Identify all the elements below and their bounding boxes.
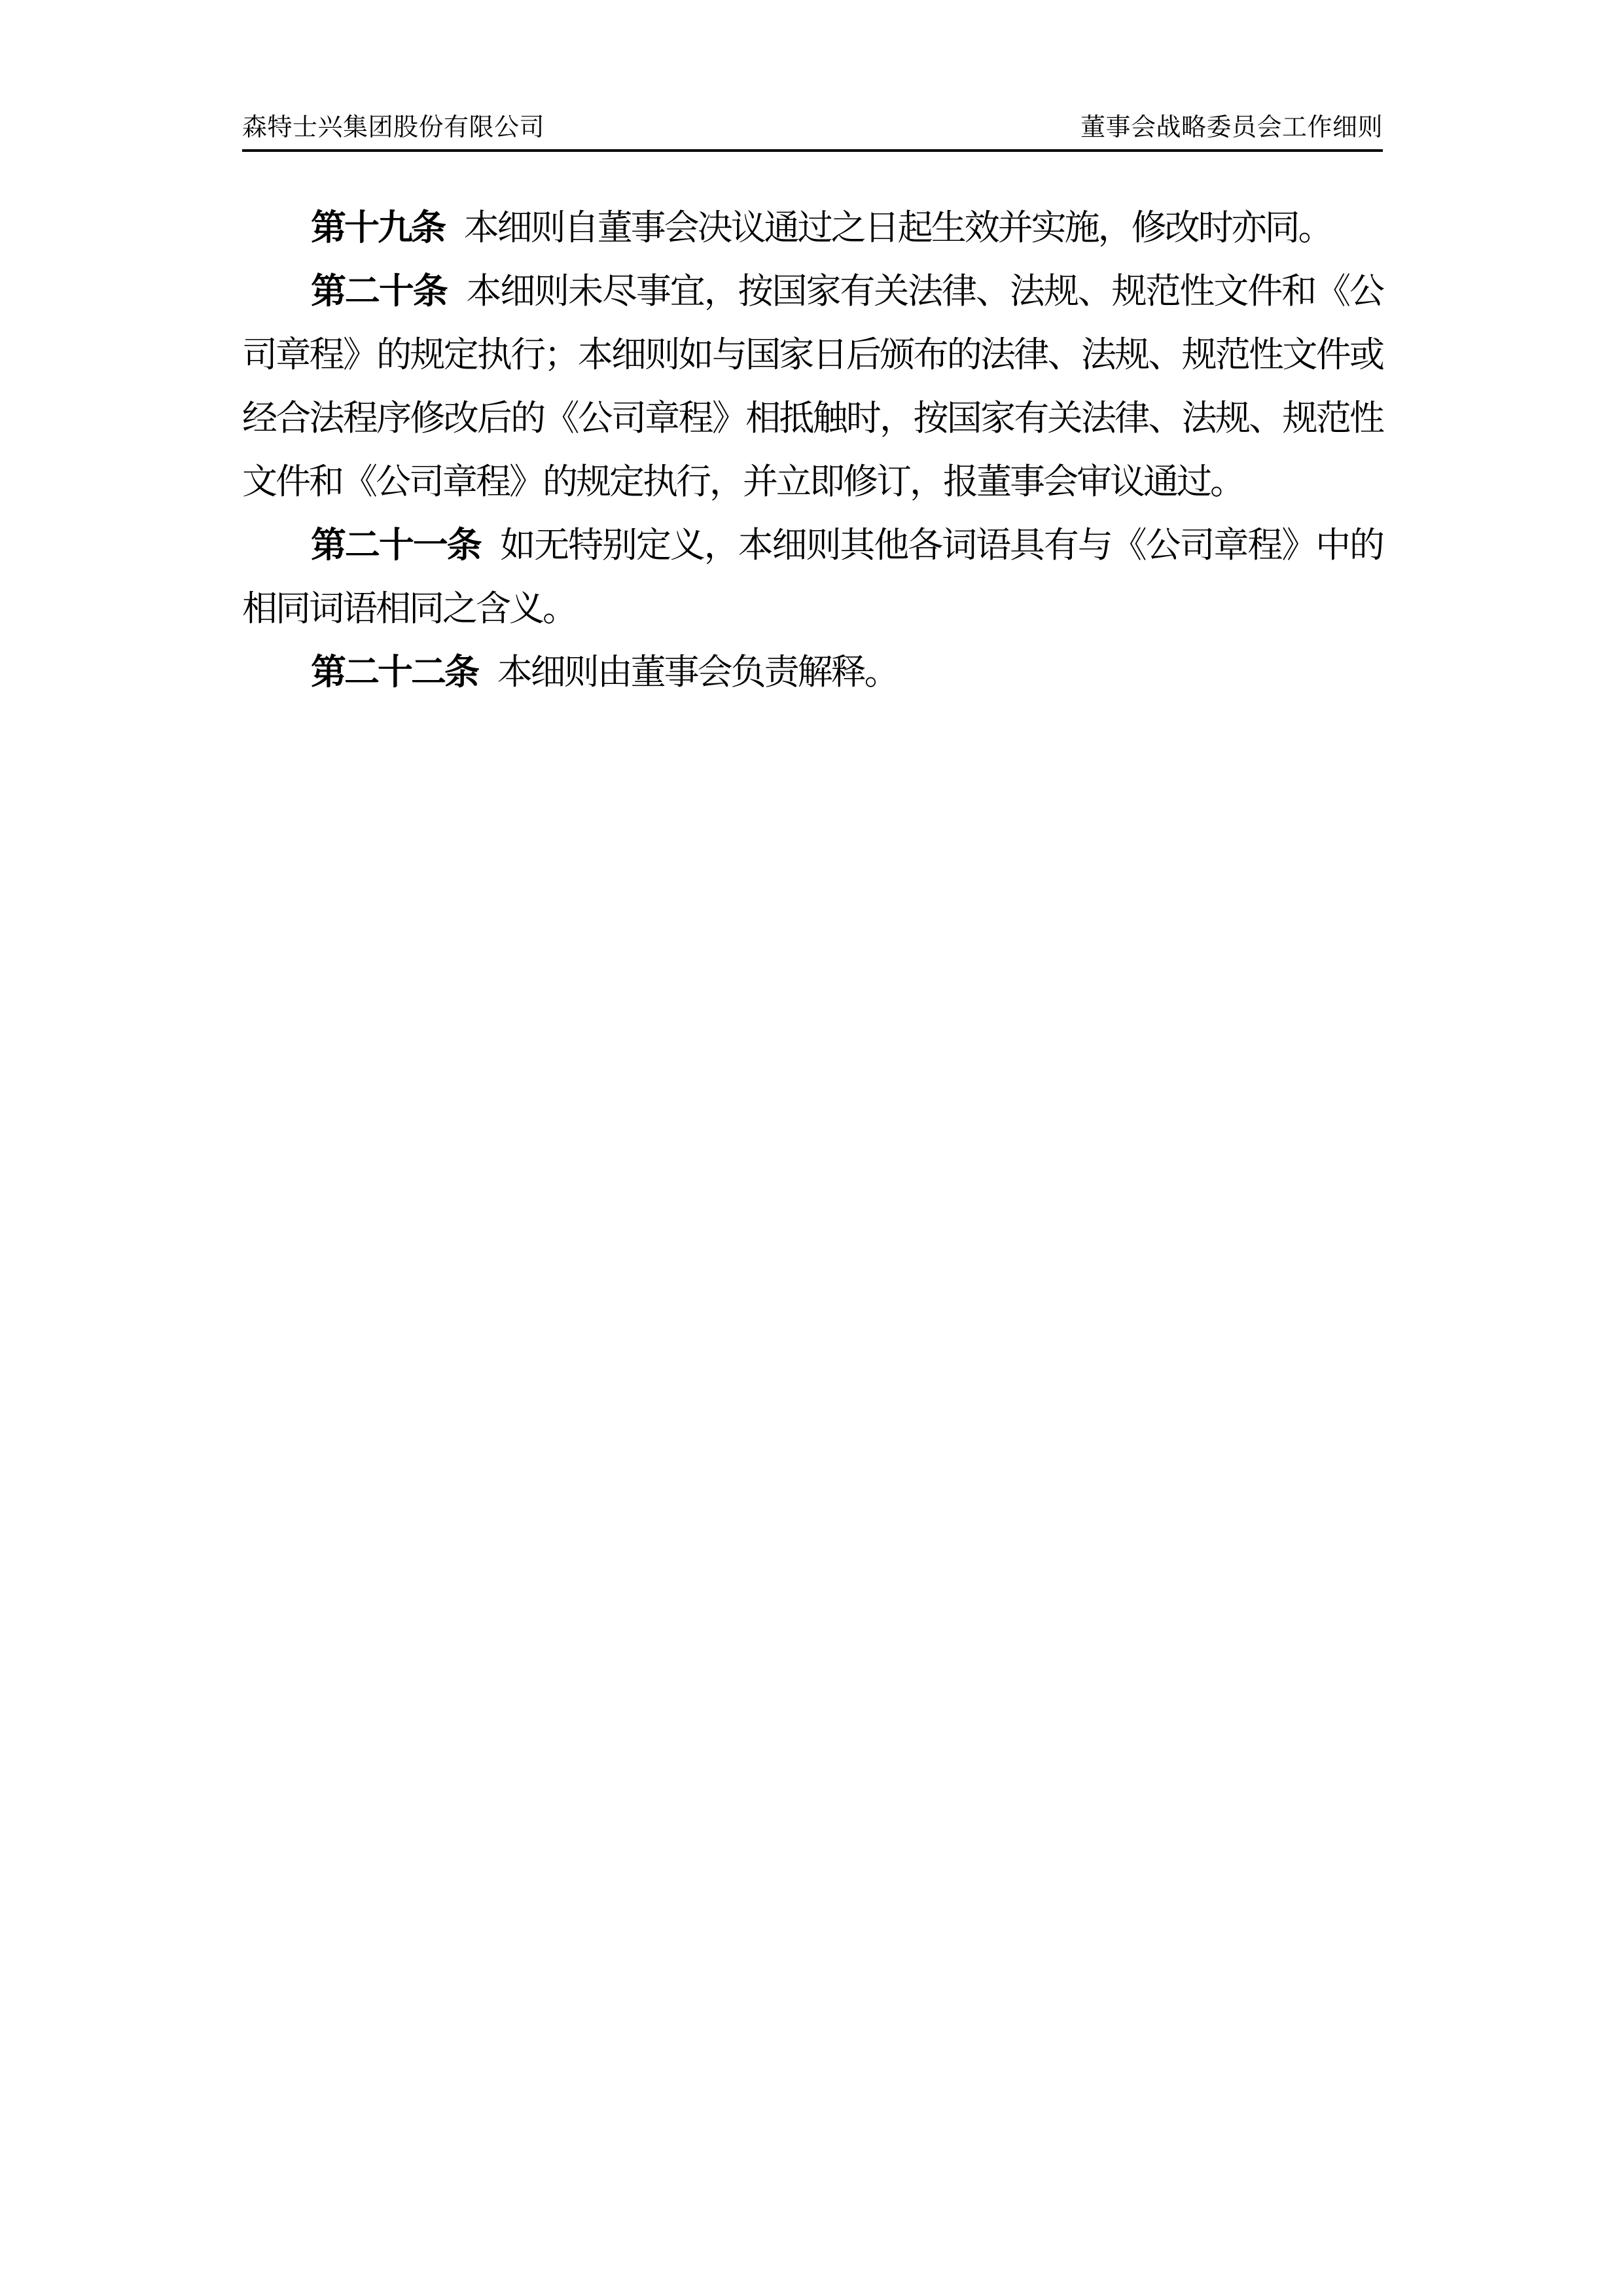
document-body: 第十九条本细则自董事会决议通过之日起生效并实施，修改时亦同。 第二十条本细则未尽… bbox=[242, 196, 1383, 704]
article-number: 第二十条 bbox=[311, 272, 447, 311]
header-document-title: 董事会战略委员会工作细则 bbox=[1080, 113, 1383, 143]
article-number: 第二十一条 bbox=[311, 526, 481, 565]
article-paragraph: 第二十条本细则未尽事宜，按国家有关法律、法规、规范性文件和《公司章程》的规定执行… bbox=[242, 260, 1383, 514]
article-paragraph: 第十九条本细则自董事会决议通过之日起生效并实施，修改时亦同。 bbox=[242, 196, 1383, 260]
article-paragraph: 第二十一条如无特别定义，本细则其他各词语具有与《公司章程》中的相同词语相同之含义… bbox=[242, 514, 1383, 641]
article-number: 第二十二条 bbox=[311, 653, 478, 692]
article-text: 本细则自董事会决议通过之日起生效并实施，修改时亦同。 bbox=[464, 208, 1332, 247]
article-text: 本细则由董事会负责解释。 bbox=[497, 653, 898, 692]
article-number: 第十九条 bbox=[311, 208, 444, 247]
article-paragraph: 第二十二条本细则由董事会负责解释。 bbox=[242, 641, 1383, 704]
page-header: 森特士兴集团股份有限公司 董事会战略委员会工作细则 bbox=[242, 113, 1383, 152]
document-page: 森特士兴集团股份有限公司 董事会战略委员会工作细则 第十九条本细则自董事会决议通… bbox=[0, 0, 1623, 2296]
header-company-name: 森特士兴集团股份有限公司 bbox=[242, 113, 544, 143]
